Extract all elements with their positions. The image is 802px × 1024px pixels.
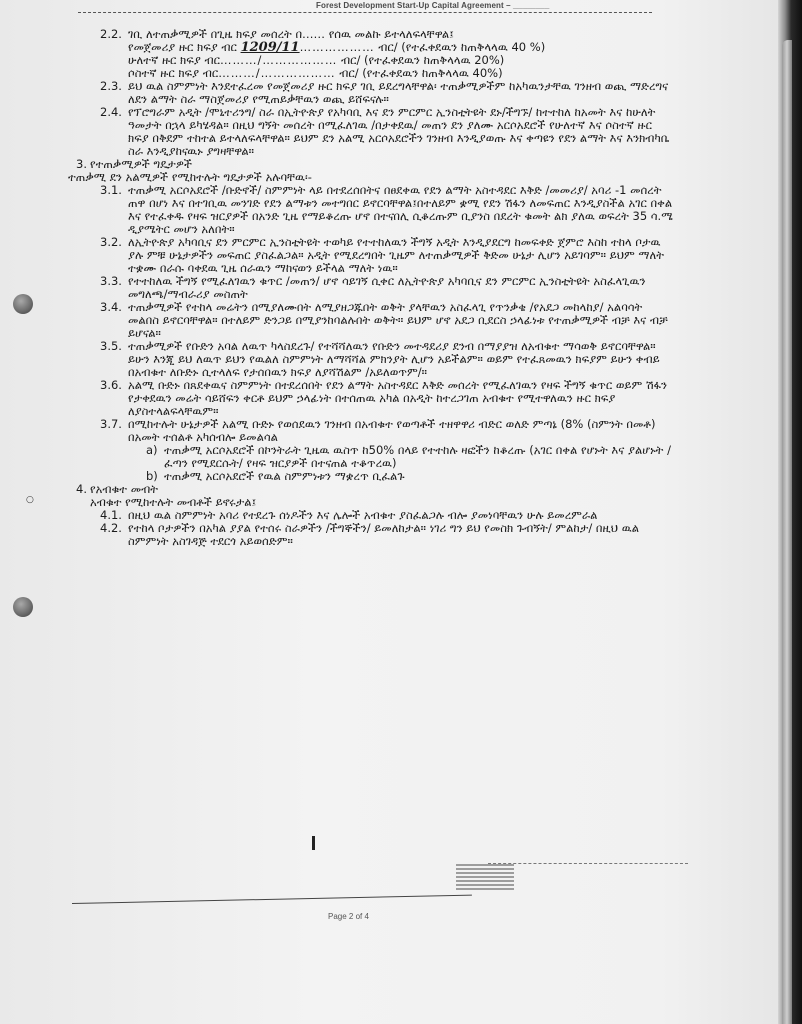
- clause-text: ይህ ዉል ስምምነት እንደተፈረመ የመጀመሪያ ዙር ክፍያ ገቢ ይደረ…: [128, 80, 676, 106]
- installment-unit: ብር/ (የተፈቀደዉን ከጠቅላላዉ 40 %): [378, 40, 545, 54]
- subclause-letter: a): [146, 444, 164, 470]
- document-body: 2.2. ገቢ ለተጠቃሚዎች በጊዜ ክፍያ መሰረት በ…… የሰዉ መልኩ…: [76, 28, 676, 548]
- pen-mark: [312, 836, 315, 850]
- installment-label: የመጀመሪያ ዙር ክፍያ ብር: [128, 40, 237, 54]
- punch-hole-icon: [13, 597, 33, 617]
- clause-text: የተከላ ቦታዎችን በአካል ያያል የተሰሩ ስራዎችን /ችግኞችን/ ይ…: [128, 522, 676, 548]
- punch-hole-icon: [13, 294, 33, 314]
- clause-number: 2.3.: [100, 80, 128, 106]
- clause-3-7-b: b) ተጠቃሚ አርሶአደሮች የዉል ስምምነቱን ማቋረጥ ቢፈልጉ: [76, 470, 676, 483]
- fill-dots: ………………: [300, 40, 375, 54]
- fill-dots: ………/………………: [218, 66, 335, 80]
- installment-unit: ብር/ (የተፈቀደዉን ከጠቅላላዉ 40%): [339, 66, 502, 80]
- clause-text: ለኢትዮጵያ አካባቢና ደን ምርምር ኢንስቲትዩት ተወካይ የተተከለዉ…: [128, 236, 676, 275]
- clause-3-1: 3.1. ተጠቃሚ አርሶአደሮች /ቡድኖች/ ስምምነት ላይ በተደረሰበ…: [76, 184, 676, 236]
- clause-number: 3.7.: [100, 418, 128, 444]
- subclause-text: ተጠቃሚ አርሶአደሮች የዉል ስምምነቱን ማቋረጥ ቢፈልጉ: [164, 470, 676, 483]
- section-number: 4.: [76, 483, 90, 496]
- clause-3-2: 3.2. ለኢትዮጵያ አካባቢና ደን ምርምር ኢንስቲትዩት ተወካይ የ…: [76, 236, 676, 275]
- clause-3-6: 3.6. አልሚ ቡድኑ በጸደቀዉና ስምምነት በተደረሰበት የደን ልማ…: [76, 379, 676, 418]
- clause-2-3: 2.3. ይህ ዉል ስምምነት እንደተፈረመ የመጀመሪያ ዙር ክፍያ ገ…: [76, 80, 676, 106]
- fill-dots: ………/………………: [220, 53, 337, 67]
- clause-3-4: 3.4. ተጠቃሚዎች የተከላ መሬትን በሚያለሙበት ለሚያዘጋጁበት ወ…: [76, 301, 676, 340]
- subclause-text: ተጠቃሚ አርሶአደሮች በኮንትራት ጊዜዉ ዉስጥ ከ50% በላይ የተተ…: [164, 444, 676, 470]
- clause-number: 3.5.: [100, 340, 128, 379]
- clause-text: የተተከለዉ ችግኝ የሚፈለገዉን ቁጥር /መጠን/ ሆኖ ሳይገኝ ሲቀር…: [128, 275, 676, 301]
- clause-number: 4.2.: [100, 522, 128, 548]
- ring-mark-icon: ○: [26, 495, 34, 505]
- clause-3-7: 3.7. በሚከተሉት ሁኔታዎች አልሚ ቡድኑ የወሰደዉን ገንዘብ በአ…: [76, 418, 676, 444]
- clause-3-5: 3.5. ተጠቃሚዎች የቡድን አባል ለዉጥ ካላስደረጉ/ የተሻሻለዉን…: [76, 340, 676, 379]
- signature-line: [488, 863, 688, 864]
- clause-4-2: 4.2. የተከላ ቦታዎችን በአካል ያያል የተሰሩ ስራዎችን /ችግኞ…: [76, 522, 676, 548]
- clause-text: በሚከተሉት ሁኔታዎች አልሚ ቡድኑ የወሰደዉን ገንዘብ በአብቁተ የ…: [128, 418, 676, 444]
- page-number: Page 2 of 4: [328, 912, 369, 921]
- clause-number: 3.2.: [100, 236, 128, 275]
- clause-2-4: 2.4. የፕሮግራም አዲት /ሞኒተሪንግ/ ስራ በኢትዮጵያ የአካባቢ…: [76, 106, 676, 158]
- installment-label: ሁለተኛ ዙር ክፍያ ብር: [128, 53, 220, 67]
- clause-text: ተጠቃሚ አርሶአደሮች /ቡድኖች/ ስምምነት ላይ በተደረሰበትና በፀ…: [128, 184, 676, 236]
- clause-number: 2.2.: [100, 28, 128, 41]
- clause-3-3: 3.3. የተተከለዉ ችግኝ የሚፈለገዉን ቁጥር /መጠን/ ሆኖ ሳይገ…: [76, 275, 676, 301]
- clause-number: 3.4.: [100, 301, 128, 340]
- installment-unit: ብር/ (የተፈቀደዉን ከጠቅላላዉ 20%): [341, 53, 504, 67]
- installment-label: ሶስተኛ ዙር ክፍያ ብር: [128, 66, 218, 80]
- header-title: Forest Development Start-Up Capital Agre…: [316, 1, 549, 10]
- clause-number: 3.1.: [100, 184, 128, 236]
- clause-text: ተጠቃሚዎች የቡድን አባል ለዉጥ ካላስደረጉ/ የተሻሻለዉን የቡድን…: [128, 340, 676, 379]
- clause-number: 2.4.: [100, 106, 128, 158]
- clause-text: የፕሮግራም አዲት /ሞኒተሪንግ/ ስራ በኢትዮጵያ የአካባቢ እና ደ…: [128, 106, 676, 158]
- header-divider: [78, 12, 652, 13]
- clause-text: አልሚ ቡድኑ በጸደቀዉና ስምምነት በተደረሰበት የደን ልማት አስተ…: [128, 379, 676, 418]
- clause-number: 3.6.: [100, 379, 128, 418]
- clause-3-7-a: a) ተጠቃሚ አርሶአደሮች በኮንትራት ጊዜዉ ዉስጥ ከ50% በላይ …: [76, 444, 676, 470]
- stamp-imprint: [456, 862, 514, 890]
- clause-number: 3.3.: [100, 275, 128, 301]
- clause-text: ተጠቃሚዎች የተከላ መሬትን በሚያለሙበት ለሚያዘጋጁበት ወቅት ያላ…: [128, 301, 676, 340]
- page-edge-curl: [782, 40, 792, 1024]
